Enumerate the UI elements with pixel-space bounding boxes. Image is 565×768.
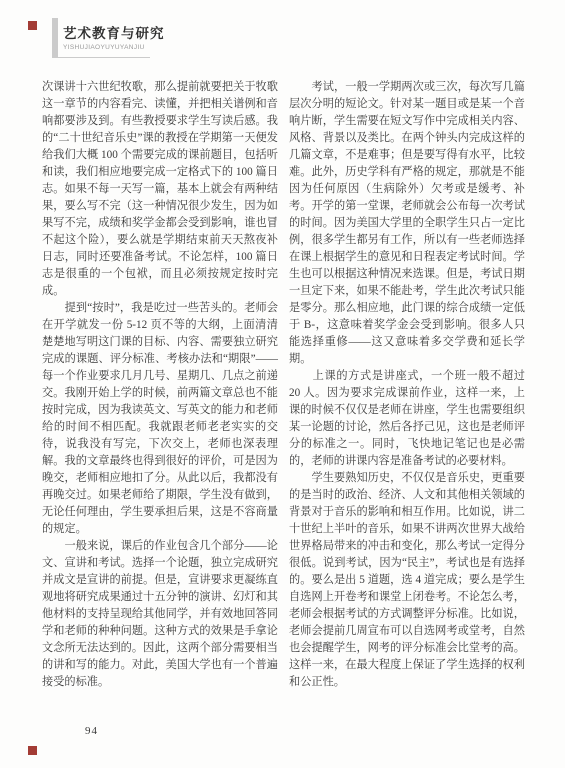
- red-corner-mark-icon: [28, 746, 37, 755]
- paragraph: 次课讲十六世纪牧歌，那么提前就要把关于牧歌这一章节的内容看完、读懂，并把相关谱例…: [42, 79, 278, 300]
- magazine-page: 艺术教育与研究 YISHUJIAOYUYUYANJIU 次课讲十六世纪牧歌，那么…: [0, 0, 565, 768]
- page-number: 94: [85, 725, 98, 737]
- article-body: 次课讲十六世纪牧歌，那么提前就要把关于牧歌这一章节的内容看完、读懂，并把相关谱例…: [42, 79, 525, 708]
- paragraph: 学生要熟知历史，不仅仅是音乐史，更重要的是当时的政治、经济、人文和其他相关领域的…: [289, 470, 525, 691]
- paragraph: 上课的方式是讲座式，一个班一般不超过 20 人。因为要求完成课前作业，这样一来，…: [289, 368, 525, 470]
- paragraph: 一般来说，课后的作业包含几个部分——论文、宣讲和考试。选择一个论题，独立完成研究…: [42, 538, 278, 691]
- header-divider-bar: [52, 18, 58, 58]
- red-corner-mark-icon: [28, 21, 37, 30]
- journal-title: 艺术教育与研究: [63, 22, 165, 42]
- paragraph: 考试，一般一学期两次或三次，每次写几篇层次分明的短论文。针对某一题目或是某一个音…: [289, 79, 525, 368]
- paragraph: 提到“按时”，我是吃过一些苦头的。老师会在开学就发一份 5-12 页不等的大纲，…: [42, 300, 278, 538]
- journal-title-pinyin: YISHUJIAOYUYUYANJIU: [63, 44, 145, 51]
- header-underline: [52, 57, 150, 58]
